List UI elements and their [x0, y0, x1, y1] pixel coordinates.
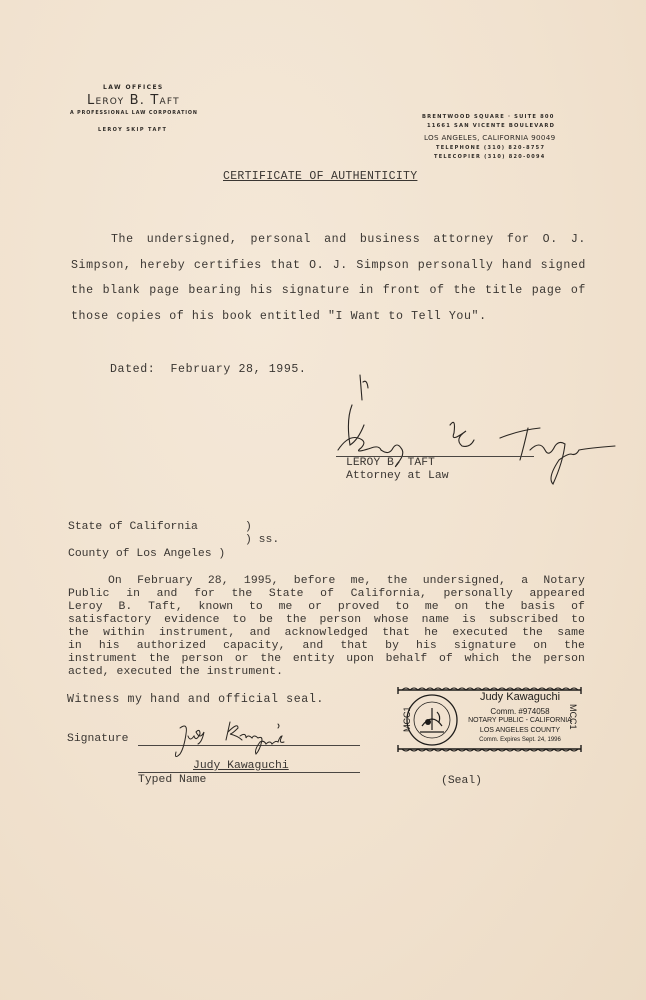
venue-state: State of California: [68, 521, 198, 533]
typed-name-label: Typed Name: [138, 774, 206, 786]
paragraph-line: the within instrument, and acknowledged …: [68, 627, 585, 640]
typed-name-line: [138, 772, 360, 773]
signer-name: LEROY B. TAFT: [346, 457, 435, 469]
california-seal-icon: [407, 695, 457, 745]
stamp-side-code-left: MCC1: [402, 706, 412, 732]
paragraph-line: The undersigned, personal and business a…: [71, 227, 586, 253]
address-line: TELEPHONE (310) 820-8757: [436, 145, 545, 151]
notary-stamp: MCC1 MCC1 Judy Kawaguchi Comm. #974058 N…: [392, 686, 587, 753]
paragraph-line: Public in and for the State of Californi…: [68, 588, 585, 601]
paragraph-line: in his authorized capacity, and that by …: [68, 640, 585, 653]
signer-title: Attorney at Law: [346, 470, 449, 482]
certificate-paragraph: The undersigned, personal and business a…: [71, 227, 586, 329]
paragraph-line: acted, executed the instrument.: [68, 666, 585, 679]
notary-paragraph: On February 28, 1995, before me, the und…: [68, 575, 585, 679]
paragraph-line: instrument the person or the entity upon…: [68, 653, 585, 666]
address-line: LOS ANGELES, CALIFORNIA 90049: [424, 133, 555, 142]
letterhead-law-offices: LAW OFFICES: [103, 84, 164, 91]
paragraph-line: Leroy B. Taft, known to me or proved to …: [68, 601, 585, 614]
venue-county: County of Los Angeles ): [68, 548, 225, 560]
letterhead-subtitle: A PROFESSIONAL LAW CORPORATION: [70, 111, 198, 116]
stamp-county: LOS ANGELES COUNTY: [464, 727, 576, 734]
venue-paren: ): [245, 521, 252, 533]
paragraph-line: Simpson, hereby certifies that O. J. Sim…: [71, 253, 586, 279]
letterhead-partner: LEROY SKIP TAFT: [98, 127, 167, 133]
dated-line: Dated: February 28, 1995.: [110, 363, 307, 376]
stamp-title: NOTARY PUBLIC - CALIFORNIA: [458, 717, 582, 724]
stamp-expires: Comm. Expires Sept. 24, 1996: [462, 737, 578, 743]
witness-line: Witness my hand and official seal.: [67, 693, 324, 706]
letterhead-firm-name: Leroy B. Taft: [87, 93, 180, 108]
paragraph-line: satisfactory evidence to be the person w…: [68, 614, 585, 627]
seal-label: (Seal): [441, 775, 482, 787]
paragraph-line: On February 28, 1995, before me, the und…: [68, 575, 585, 588]
address-line: 11661 SAN VICENTE BOULEVARD: [427, 123, 555, 129]
signature-label: Signature: [67, 733, 129, 745]
address-line: TELECOPIER (310) 820-0094: [434, 154, 546, 160]
notary-signature: [170, 718, 330, 763]
address-line: BRENTWOOD SQUARE · SUITE 800: [422, 114, 555, 120]
paragraph-line: the blank page bearing his signature in …: [71, 278, 586, 304]
typed-name: Judy Kawaguchi: [193, 760, 289, 772]
certificate-title: CERTIFICATE OF AUTHENTICITY: [223, 170, 417, 183]
stamp-comm: Comm. #974058: [470, 707, 570, 716]
paragraph-line: those copies of his book entitled "I Wan…: [71, 304, 586, 330]
stamp-name: Judy Kawaguchi: [470, 691, 570, 703]
document-page: LAW OFFICES Leroy B. Taft A PROFESSIONAL…: [0, 0, 646, 1000]
venue-ss: ) ss.: [245, 534, 279, 546]
